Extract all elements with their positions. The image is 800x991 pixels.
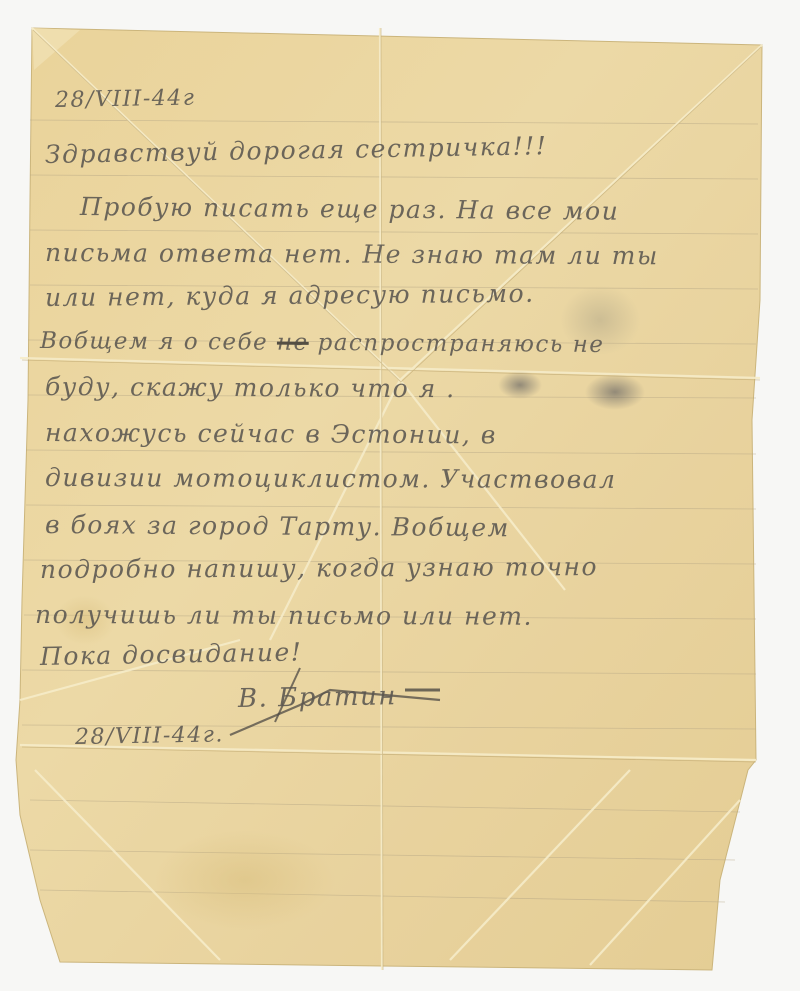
letter-line: буду, скажу только что я . (45, 372, 456, 403)
letter-line: Вобщем я о себе не распространяюсь не (40, 328, 605, 358)
date-top: 28/VIII-44г (55, 86, 196, 113)
letter-line: дивизии мотоциклистом. Участвовал (45, 463, 617, 494)
struck-word: не (277, 330, 309, 356)
date-bottom: 28/VIII-44г. (75, 722, 224, 750)
letter-line: получишь ли ты письмо или нет. (35, 600, 533, 631)
letter-line: Пока досвидание! (40, 637, 303, 671)
line-fragment: распространяюсь не (309, 330, 605, 358)
letter-line: в боях за город Тарту. Вобщем (45, 510, 510, 542)
scanned-letter: 28/VIII-44г Здравствуй дорогая сестричка… (0, 0, 800, 991)
letter-line: или нет, куда я адресую письмо. (45, 279, 535, 312)
letter-line: Пробую писать еще раз. На все мои (80, 192, 620, 226)
letter-line: письма ответа нет. Не знаю там ли ты (45, 238, 659, 270)
letter-line: подробно напишу, когда узнаю точно (40, 552, 598, 584)
line-fragment: Вобщем я о себе (40, 328, 277, 356)
letter-line: нахожусь сейчас в Эстонии, в (45, 418, 497, 449)
signature: В. Братин (238, 681, 397, 714)
